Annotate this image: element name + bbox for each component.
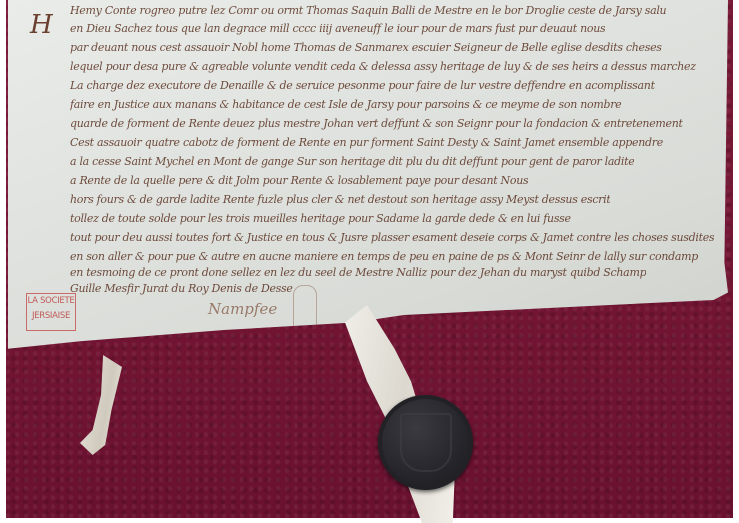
text-line: en Dieu Sachez tous que lan degrace mill… — [70, 22, 605, 42]
text-line: a Rente de la quelle pere & dit Jolm pou… — [70, 174, 528, 194]
text-line: a la cesse Saint Mychel en Mont de gange… — [70, 155, 634, 175]
text-line: lequel pour desa pure & agreable volunte… — [70, 60, 696, 80]
stamp-line-1: LA SOCIETE — [27, 294, 75, 309]
charter-text: Hemy Conte rogreo putre lez Comr ou ormt… — [70, 4, 722, 294]
decorated-initial: H — [30, 10, 70, 40]
text-line: Hemy Conte rogreo putre lez Comr ou ormt… — [70, 4, 666, 24]
text-line: tollez de toute solde pour les trois mue… — [70, 212, 571, 232]
text-line: quarde de forment de Rente deuez plus me… — [70, 117, 683, 137]
library-stamp: LA SOCIETE JERSIAISE — [26, 293, 76, 331]
text-line: La charge dez executore de Denaille & de… — [70, 79, 655, 99]
photo-frame: H Hemy Conte rogreo putre lez Comr ou or… — [0, 0, 739, 523]
text-line: hors fours & de garde ladite Rente fuzle… — [70, 193, 610, 213]
wax-seal — [378, 395, 473, 490]
text-line: Cest assauoir quatre cabotz de forment d… — [70, 136, 663, 156]
text-line: tout pour deu aussi toutes fort & Justic… — [70, 231, 714, 251]
heraldic-shield-icon — [400, 413, 452, 472]
text-line: faire en Justice aux manans & habitance … — [70, 98, 621, 118]
text-line: par deuant nous cest assauoir Nobl home … — [70, 41, 662, 61]
stamp-line-2: JERSIAISE — [27, 309, 75, 324]
